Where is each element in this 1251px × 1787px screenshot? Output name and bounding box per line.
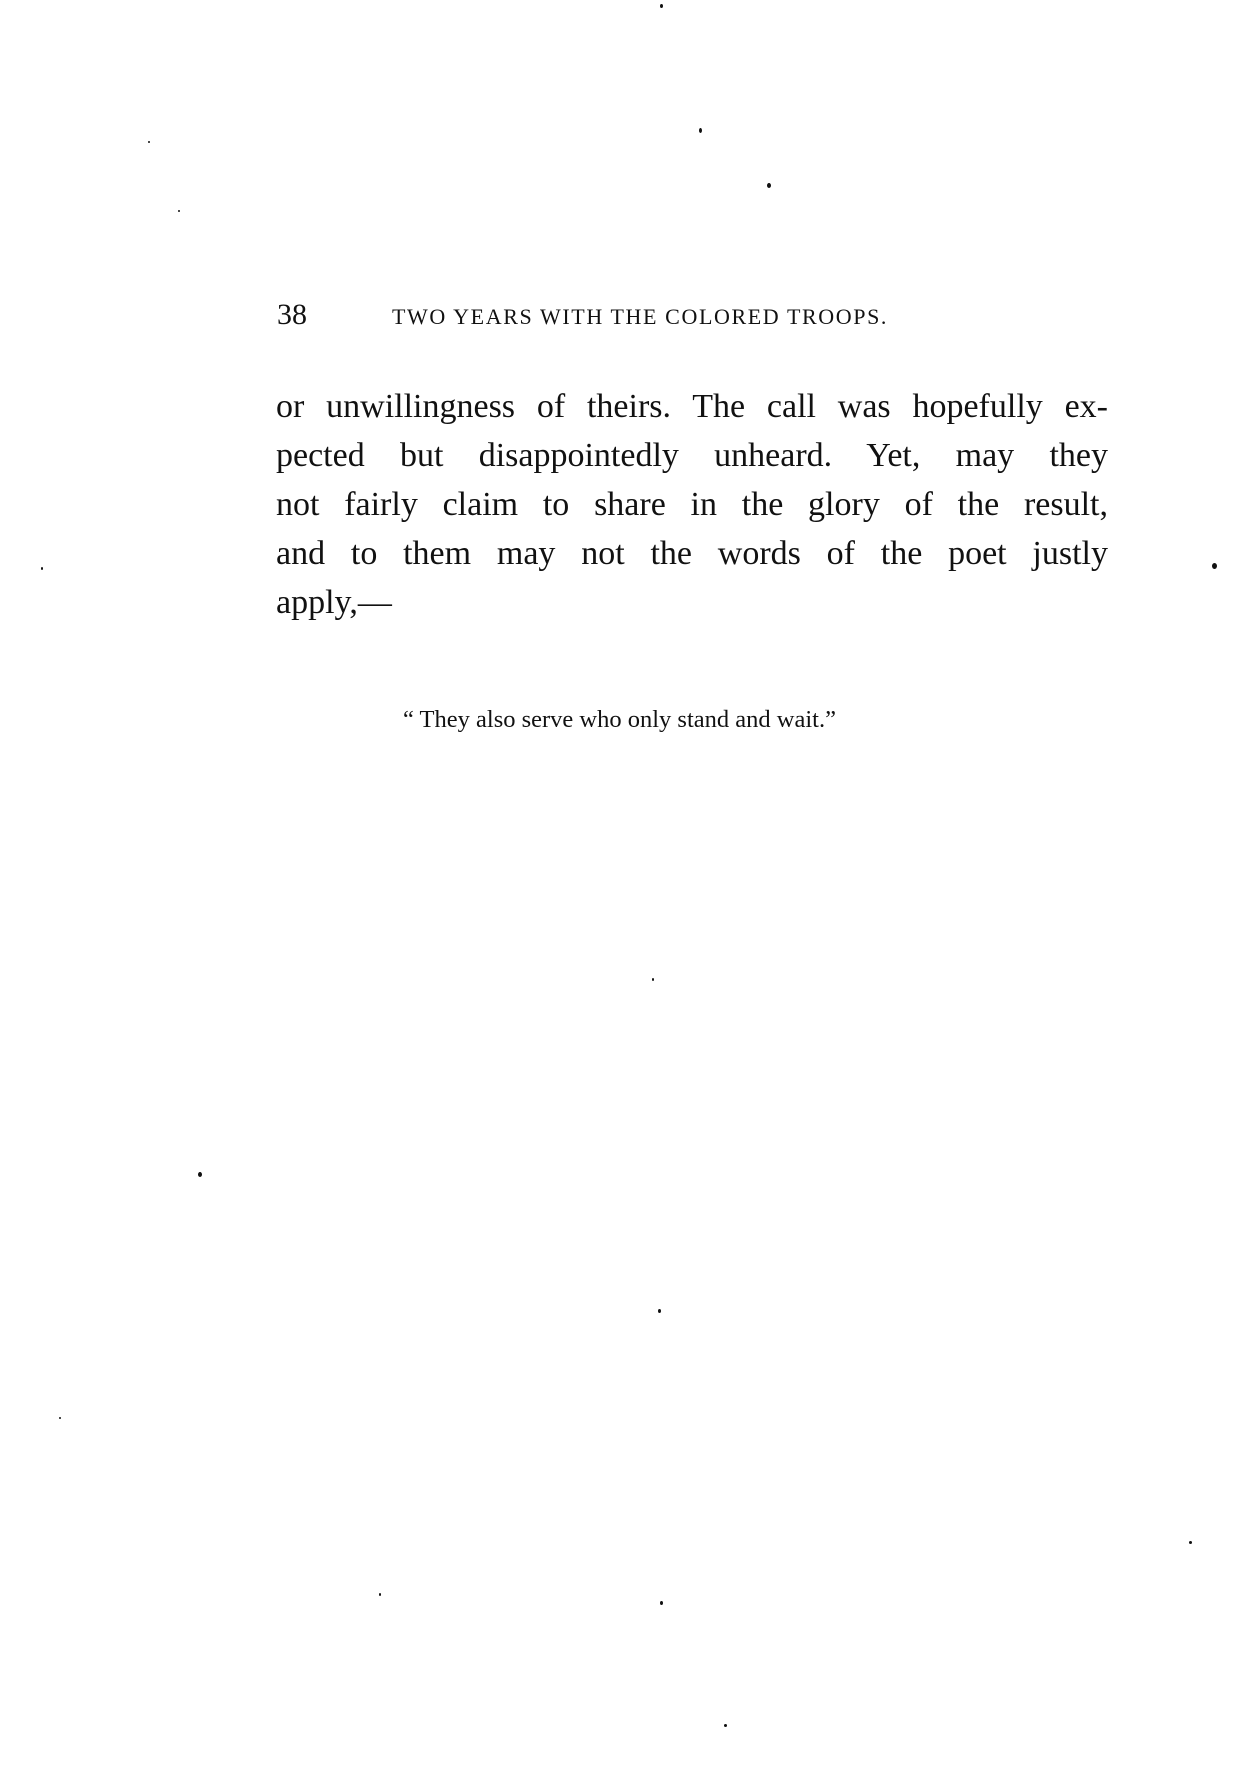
body-paragraph: or unwillingness of theirs. The call was… <box>276 382 1108 627</box>
scan-speck <box>660 1601 663 1605</box>
scan-speck <box>148 141 150 143</box>
scan-speck <box>1189 1541 1192 1544</box>
body-line: or unwillingness of theirs. The call was… <box>276 382 1108 431</box>
body-line: and to them may not the words of the poe… <box>276 529 1108 578</box>
scan-speck <box>658 1309 661 1313</box>
body-line: apply,— <box>276 578 1108 627</box>
running-head-title: TWO YEARS WITH THE COLORED TROOPS. <box>392 303 888 331</box>
block-quotation: “ They also serve who only stand and wai… <box>403 704 933 736</box>
book-page: 38 TWO YEARS WITH THE COLORED TROOPS. or… <box>0 0 1251 1787</box>
scan-speck <box>652 978 654 981</box>
scan-speck <box>198 1172 202 1177</box>
body-line: not fairly claim to share in the glory o… <box>276 480 1108 529</box>
scan-speck <box>767 183 771 188</box>
scan-speck <box>178 210 180 212</box>
scan-speck <box>699 128 702 133</box>
scan-speck <box>724 1724 727 1727</box>
running-head: 38 TWO YEARS WITH THE COLORED TROOPS. <box>277 298 1107 332</box>
scan-speck <box>660 4 663 8</box>
scan-speck <box>41 567 43 570</box>
scan-speck <box>379 1593 381 1596</box>
body-line: pected but disappointedly unheard. Yet, … <box>276 431 1108 480</box>
scan-speck <box>59 1417 61 1419</box>
scan-speck <box>1212 563 1217 569</box>
page-number: 38 <box>277 298 307 332</box>
